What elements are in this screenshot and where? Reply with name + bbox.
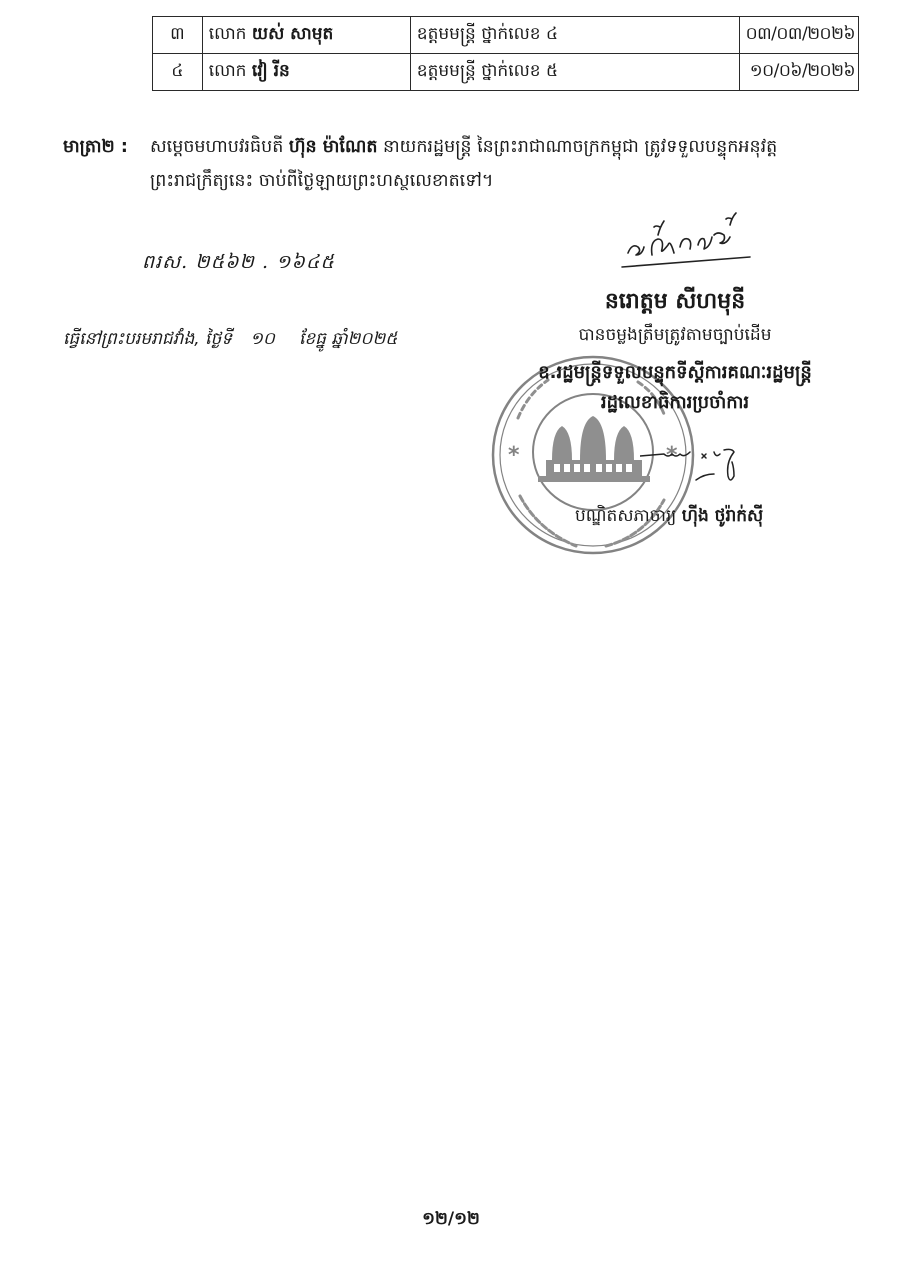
document-page: ៣ លោក យស់ សាមុត ឧត្តមមន្ត្រី ថ្នាក់លេខ ៤… (0, 0, 902, 1280)
official-person-name: ហ៊ីង ថូរ៉ាក់ស៊ី (682, 506, 763, 526)
article-label: មាត្រា២ : (63, 130, 128, 164)
person-name: វៀ រីន (252, 61, 290, 81)
article-line-1: សម្តេចមហាបវរធិបតី ហ៊ុន ម៉ាណែត នាយករដ្ឋមន… (150, 130, 777, 164)
prime-minister-name: ហ៊ុន ម៉ាណែត (289, 137, 378, 157)
royal-signature-icon (618, 205, 758, 275)
article-text: សម្តេចមហាបវរធិបតី (150, 137, 289, 157)
office-title: ឧ.រដ្ឋមន្ត្រីទទួលបន្ទុកទីស្តីការគណៈរដ្ឋម… (470, 358, 880, 418)
official-signature-icon (640, 448, 760, 498)
person-name: យស់ សាមុត (252, 24, 333, 44)
honorific: លោក (209, 61, 247, 81)
page-number: ១២/១២ (0, 1208, 902, 1233)
place-prefix: ធ្វើនៅព្រះបរមរាជវាំង, ថ្ងៃទី (63, 329, 232, 349)
date-cell: ១០/០៦/២០២៦ (739, 54, 858, 91)
honorific: លោក (209, 24, 247, 44)
person-name-cell: លោក យស់ សាមុត (202, 17, 410, 54)
article-text: នាយករដ្ឋមន្ត្រី នៃព្រះរាជាណាចក្រកម្ពុជា … (377, 137, 777, 157)
row-number: ៤ (153, 54, 203, 91)
day: ១០ (250, 329, 275, 349)
place-date: ធ្វើនៅព្រះបរមរាជវាំង, ថ្ងៃទី១០ខែធ្នូ ឆ្ន… (63, 328, 397, 353)
table-row: ៣ លោក យស់ សាមុត ឧត្តមមន្ត្រី ថ្នាក់លេខ ៤… (153, 17, 859, 54)
office-title-line-1: ឧ.រដ្ឋមន្ត្រីទទួលបន្ទុកទីស្តីការគណៈរដ្ឋម… (470, 358, 880, 388)
lunar-date: ពរស. ២៥៦២ . ១៦៤៥ (142, 250, 335, 278)
svg-text:*: * (508, 443, 520, 468)
rank-cell: ឧត្តមមន្ត្រី ថ្នាក់លេខ ៥ (410, 54, 739, 91)
table-row: ៤ លោក វៀ រីន ឧត្តមមន្ត្រី ថ្នាក់លេខ ៥ ១០… (153, 54, 859, 91)
row-number: ៣ (153, 17, 203, 54)
month-year: ខែធ្នូ ឆ្នាំ២០២៥ (299, 329, 397, 349)
official-name: បណ្ឌិតសភាចារ្យ ហ៊ីង ថូរ៉ាក់ស៊ី (575, 505, 763, 530)
official-title: បណ្ឌិតសភាចារ្យ (575, 506, 682, 526)
article-line-2: ព្រះរាជក្រឹត្យនេះ ចាប់ពីថ្ងៃឡាយព្រះហស្ថល… (150, 164, 493, 198)
signer-name: នរោត្តម សីហមុនី (470, 287, 880, 319)
rank-cell: ឧត្តមមន្ត្រី ថ្នាក់លេខ ៤ (410, 17, 739, 54)
date-cell: ០៣/០៣/២០២៦ (739, 17, 858, 54)
person-name-cell: លោក វៀ រីន (202, 54, 410, 91)
appointment-table: ៣ លោក យស់ សាមុត ឧត្តមមន្ត្រី ថ្នាក់លេខ ៤… (152, 16, 859, 91)
certified-true-copy: បានចម្លងត្រឹមត្រូវតាមច្បាប់ដើម (470, 324, 880, 349)
office-title-line-2: រដ្ឋលេខាធិការប្រចាំការ (470, 388, 880, 418)
